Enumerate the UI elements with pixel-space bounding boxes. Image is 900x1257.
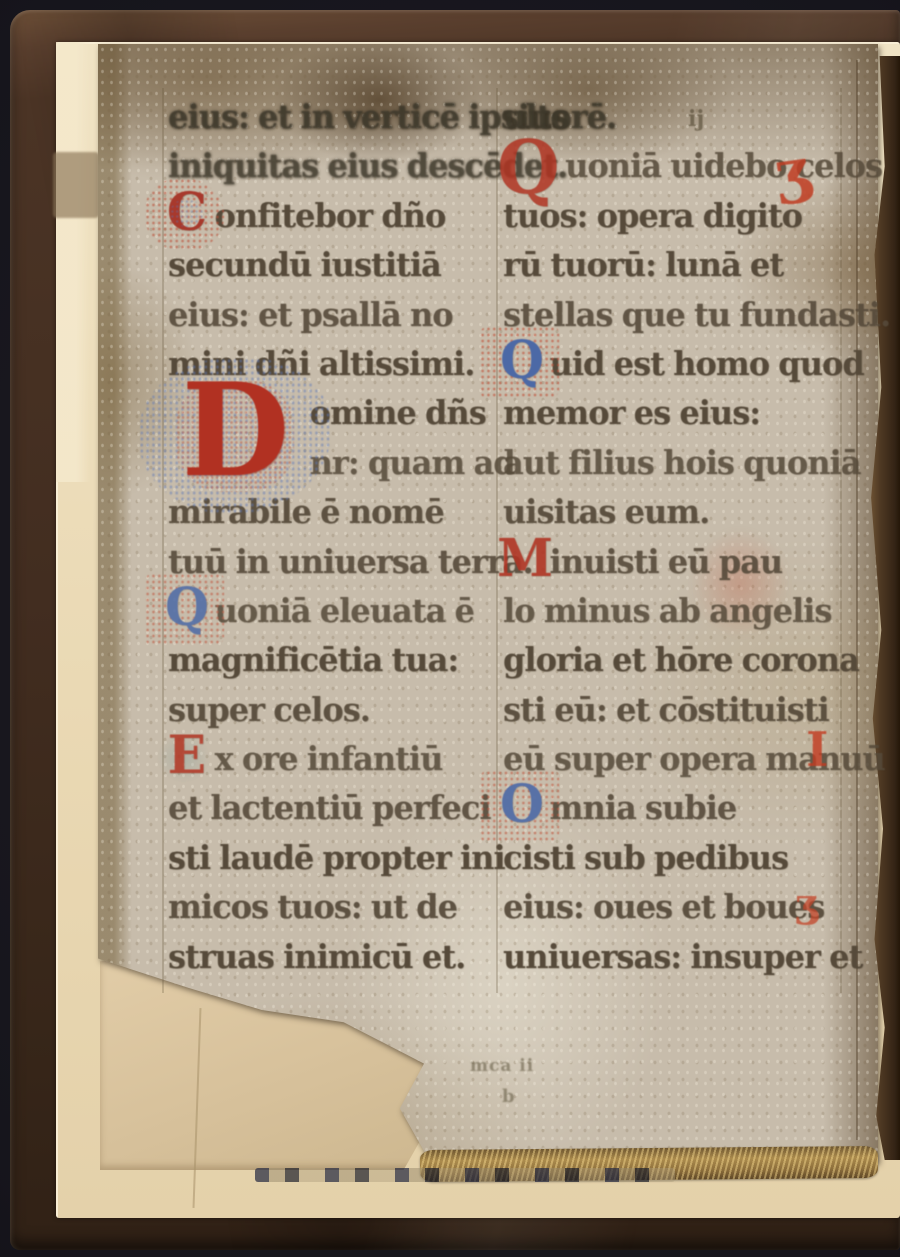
text-line: rū tuorū: lunā et: [503, 240, 843, 289]
line-text: lo minus ab angelis: [503, 591, 831, 630]
line-text: micos tuos: ut de: [168, 887, 457, 926]
text-line: uniuersas: insuper et: [503, 932, 843, 981]
text-line: Omnia subie: [503, 783, 843, 832]
line-text: stellas que tu fundasti.: [503, 295, 890, 334]
text-line: Confitebor dño: [168, 191, 488, 240]
line-text: nr: quam ad: [310, 443, 515, 482]
line-text: sti eū: et cōstituisti: [503, 690, 829, 729]
text-line: secundū iustitiā: [168, 240, 488, 289]
manuscript-photograph: eius: et in verticē ipsiusiniquitas eius…: [0, 0, 900, 1257]
line-text: inuisti eū pau: [550, 542, 783, 581]
illuminated-initial-C: C: [162, 191, 211, 235]
text-line: gloria et hōre corona: [503, 635, 843, 684]
line-text: super celos.: [168, 690, 370, 729]
text-line: Minuisti eū pau: [503, 537, 843, 586]
text-line: magnificētia tua:: [168, 635, 488, 684]
line-text: mnia subie: [550, 788, 737, 827]
text-line: Quid est homo quod: [503, 339, 843, 388]
text-line: et lactentiū perfeci: [168, 783, 488, 832]
line-text: struas inimicū et.: [168, 937, 465, 976]
text-line: struas inimicū et.: [168, 932, 488, 981]
line-text: secundū iustitiā: [168, 245, 441, 284]
line-text: tuū in uniuersa terra.: [168, 542, 533, 581]
text-line: sti laudē propter ini: [168, 833, 488, 882]
line-text: gloria et hōre corona: [503, 640, 859, 679]
line-text: aut filius hois quoniā: [503, 443, 861, 482]
illuminated-initial-O: O: [497, 783, 546, 827]
line-text: magnificētia tua:: [168, 640, 458, 679]
text-line: sti eū: et cōstituisti: [503, 685, 843, 734]
line-text: cisti sub pedibus: [503, 838, 788, 877]
text-line: eius: et in verticē ipsius: [168, 92, 488, 141]
text-line: micos tuos: ut de: [168, 882, 488, 931]
line-text: tuos: opera digito: [503, 196, 802, 235]
line-text: eius: et psallā no: [168, 295, 453, 334]
line-text: uniuersas: insuper et: [503, 937, 862, 976]
line-text: onfitebor dño: [215, 196, 446, 235]
illuminated-initial-M: M: [497, 537, 546, 581]
foot-inscription: mca ii: [470, 1056, 534, 1076]
quire-signature: ij: [688, 106, 704, 132]
illuminated-initial-Q: Q: [497, 141, 557, 195]
text-line: eius: et psallā no: [168, 290, 488, 339]
text-line: iniquitas eius descēdet.: [168, 141, 488, 190]
line-text: x ore infantiū: [215, 739, 443, 778]
page-crease: [856, 60, 858, 1140]
line-text: omine dñs: [310, 393, 486, 432]
text-line: uisitas eum.: [503, 487, 843, 536]
decorated-edge-flecks: [255, 1168, 675, 1182]
line-text: et lactentiū perfeci: [168, 788, 491, 827]
text-line: Quoniā eleuata ē: [168, 586, 488, 635]
line-text: uisitas eum.: [503, 492, 709, 531]
paraph-mark: ʒ: [795, 884, 818, 924]
text-line: super celos.: [168, 685, 488, 734]
text-line: aut filius hois quoniā: [503, 438, 843, 487]
text-line: Ex ore infantiū: [168, 734, 488, 783]
line-text: rū tuorū: lunā et: [503, 245, 783, 284]
illuminated-initial-Q: Q: [162, 586, 211, 630]
text-column-left: eius: et in verticē ipsiusiniquitas eius…: [168, 92, 488, 992]
text-line: lo minus ab angelis: [503, 586, 843, 635]
text-line: cisti sub pedibus: [503, 833, 843, 882]
text-column-right: ultorē.Quoniā uidebo celostuos: opera di…: [503, 92, 843, 992]
line-text: uoniā uidebo celos: [565, 146, 882, 185]
line-text: sti laudē propter ini: [168, 838, 505, 877]
line-text: eius: oues et boues: [503, 887, 824, 926]
line-text: memor es eius:: [503, 393, 760, 432]
foot-inscription: b: [502, 1086, 515, 1107]
line-text: uid est homo quod: [550, 344, 864, 383]
text-line: eius: oues et boues: [503, 882, 843, 931]
illuminated-initial-D: D: [162, 378, 308, 494]
illuminated-initial-E: E: [162, 734, 211, 778]
line-text: uoniā eleuata ē: [215, 591, 474, 630]
illuminated-initial-Q: Q: [497, 339, 546, 383]
paraph-mark: I: [806, 726, 828, 774]
